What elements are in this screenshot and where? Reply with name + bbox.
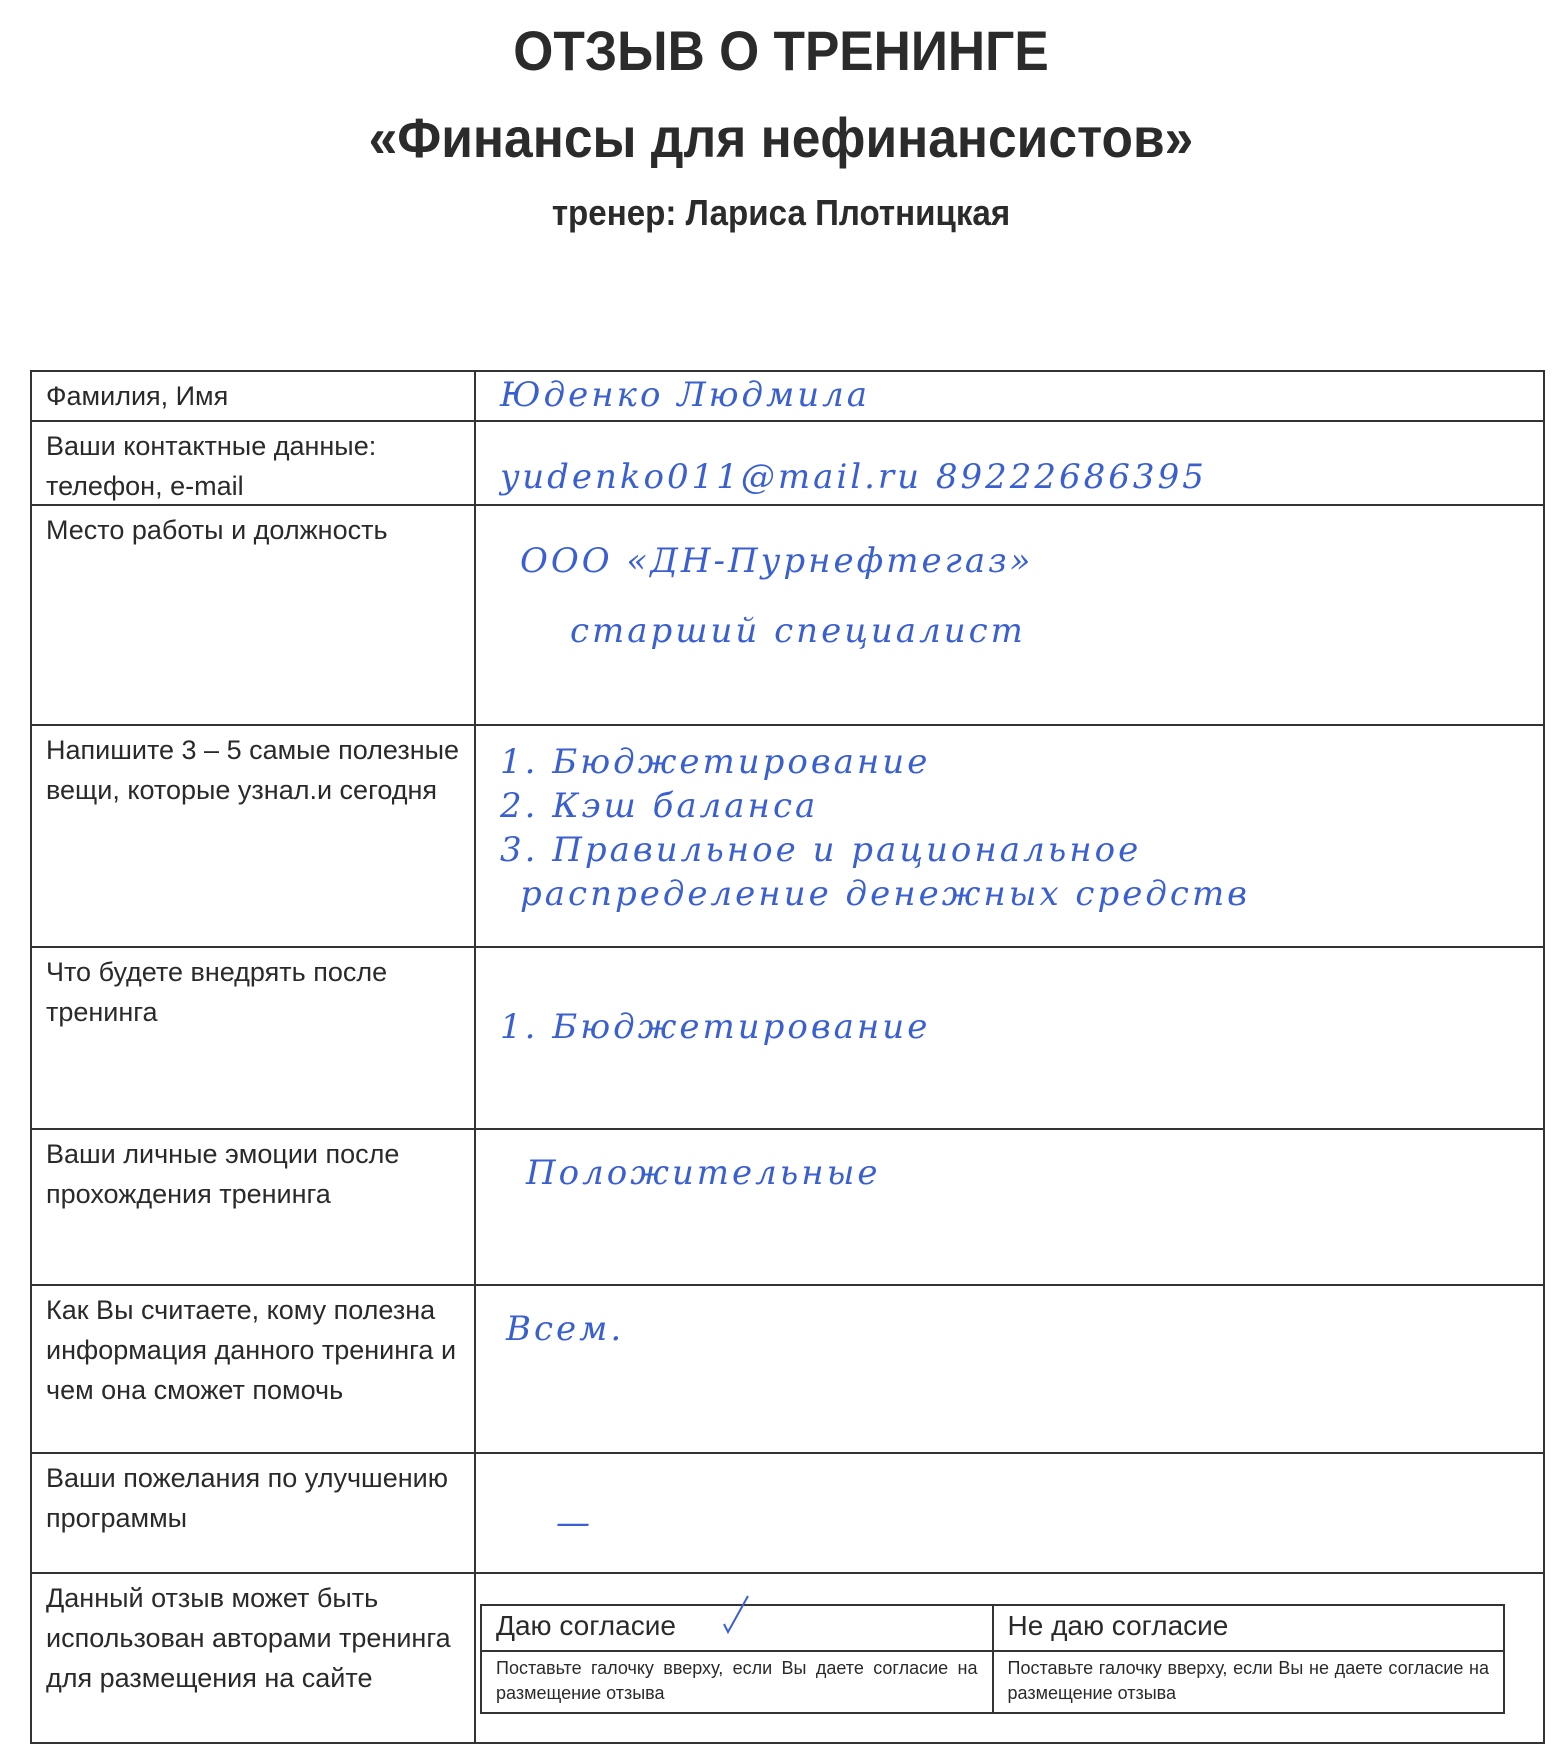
row-emotions: Ваши личные эмоции после прохождения тре… [30,1130,1545,1286]
answer-suggestions[interactable]: — [476,1454,1543,1572]
trainer-name: тренер: Лариса Плотницкая [62,192,1499,234]
answer-line: Всем. [506,1306,1519,1352]
course-title: «Финансы для нефинансистов» [62,105,1499,170]
answer-line: распределение денежных средств [500,872,1519,916]
answer-who-benefits[interactable]: Всем. [476,1286,1543,1452]
feedback-form: Фамилия, Имя Юденко Людмила Ваши контакт… [30,370,1545,1744]
label-contacts: Ваши контактные данные: телефон, e-mail [32,422,476,504]
row-implement: Что будете внедрять после тренинга 1. Бю… [30,948,1545,1130]
label-workplace: Место работы и должность [32,506,476,724]
answer-line: старший специалист [500,596,1519,666]
consent-disagree-hint: Поставьте галочку вверху, если Вы не дае… [993,1651,1505,1713]
row-contacts: Ваши контактные данные: телефон, e-mail … [30,422,1545,506]
label-suggestions: Ваши пожелания по улучшению программы [32,1454,476,1572]
answer-line: 1. Бюджетирование [500,740,1519,784]
answer-line: yudenko011@mail.ru 89222686395 [500,454,1519,500]
consent-disagree-option[interactable]: Не даю согласие [993,1605,1505,1651]
answer-useful-things[interactable]: 1. Бюджетирование 2. Кэш баланса 3. Прав… [476,726,1543,946]
row-suggestions: Ваши пожелания по улучшению программы — [30,1454,1545,1574]
label-who-benefits: Как Вы считаете, кому полезна информация… [32,1286,476,1452]
label-emotions: Ваши личные эмоции после прохождения тре… [32,1130,476,1284]
answer-contacts[interactable]: yudenko011@mail.ru 89222686395 [476,422,1543,504]
row-workplace: Место работы и должность ООО «ДН-Пурнефт… [30,506,1545,726]
answer-emotions[interactable]: Положительные [476,1130,1543,1284]
answer-workplace[interactable]: ООО «ДН-Пурнефтегаз» старший специалист [476,506,1543,724]
answer-line: ООО «ДН-Пурнефтегаз» [500,526,1519,596]
label-implement: Что будете внедрять после тренинга [32,948,476,1128]
consent-agree-hint: Поставьте галочку вверху, если Вы даете … [481,1651,993,1713]
row-full-name: Фамилия, Имя Юденко Людмила [30,370,1545,422]
answer-line: Юденко Людмила [500,372,1519,418]
consent-table: Даю согласие Не даю согласие Поставьте г… [480,1604,1505,1714]
answer-implement[interactable]: 1. Бюджетирование [476,948,1543,1128]
label-publish-consent: Данный отзыв может быть использован авто… [32,1574,476,1742]
answer-line: 1. Бюджетирование [500,1004,1519,1050]
answer-line: 2. Кэш баланса [500,784,1519,828]
consent-agree-label: Даю согласие [496,1610,676,1641]
answer-line: 3. Правильное и рациональное [500,828,1519,872]
row-who-benefits: Как Вы считаете, кому полезна информация… [30,1286,1545,1454]
document-title: ОТЗЫВ О ТРЕНИНГЕ [62,18,1499,83]
row-useful-things: Напишите 3 – 5 самые полезные вещи, кото… [30,726,1545,948]
answer-line: — [556,1500,1519,1546]
consent-disagree-label: Не даю согласие [1008,1610,1229,1641]
consent-agree-option[interactable]: Даю согласие [481,1605,993,1651]
answer-line: Положительные [526,1150,1519,1196]
checkmark-icon [722,1594,750,1634]
label-useful-things: Напишите 3 – 5 самые полезные вещи, кото… [32,726,476,946]
label-full-name: Фамилия, Имя [32,372,476,420]
answer-full-name[interactable]: Юденко Людмила [476,372,1543,420]
